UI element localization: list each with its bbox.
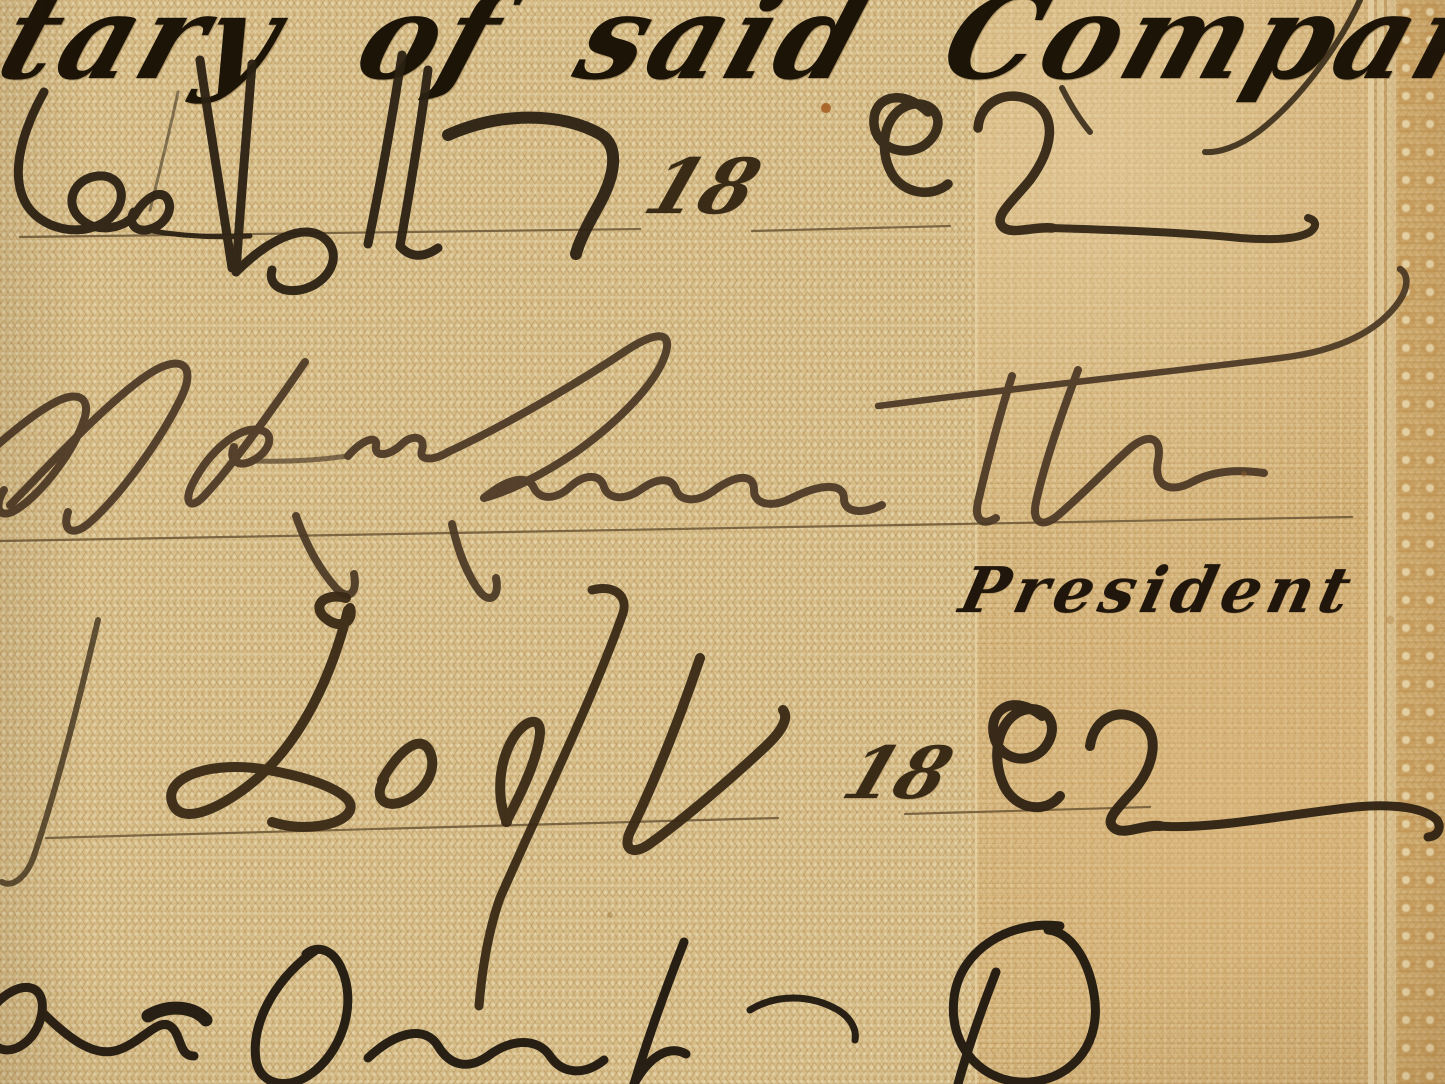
certificate-photo: etary of said Company 18 18 President: [0, 0, 1445, 1084]
handwritten-month-2: [2, 588, 785, 1006]
president-signature: [0, 269, 1406, 598]
ruled-line-date1-right: [752, 226, 950, 231]
bottom-signature-fragment: [0, 925, 1095, 1084]
engraved-flourish-tails: [150, 0, 1360, 210]
stray-ink-caret: [1062, 88, 1090, 132]
handwritten-year-2: [993, 705, 1439, 837]
left-edge-descender: [2, 620, 98, 884]
handwriting-ink-layer: [0, 0, 1445, 1084]
handwritten-month-1: [18, 55, 613, 291]
ruled-line-signature: [0, 517, 1352, 541]
handwritten-year-1: [874, 96, 1315, 239]
